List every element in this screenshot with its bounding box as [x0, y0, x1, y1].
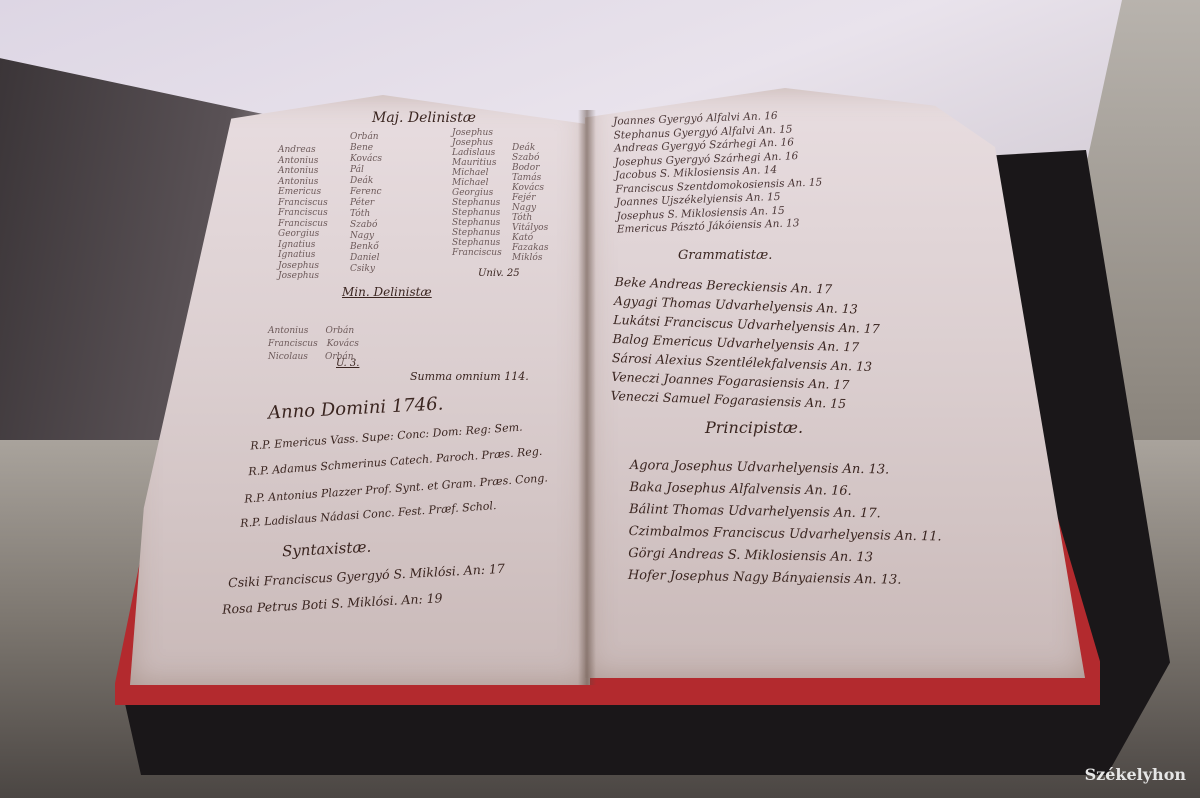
name: Fejér	[512, 193, 549, 203]
name: Andreas	[278, 145, 328, 156]
name: Tamás	[512, 173, 549, 183]
grammatistae-list: Beke Andreas Bereckiensis An. 17 Agyagi …	[610, 272, 881, 414]
name: Ignatius	[278, 250, 328, 261]
name: Csiky	[350, 264, 382, 275]
name: Antonius	[278, 166, 328, 177]
name: Josephus	[278, 261, 328, 272]
name: Nagy	[512, 203, 549, 213]
name: Antonius	[278, 156, 328, 167]
name: Josephus	[452, 138, 502, 148]
name: Tóth	[350, 209, 382, 220]
name: Josephus	[452, 128, 502, 138]
name: Szabó	[512, 153, 549, 163]
name: Ladislaus	[452, 148, 502, 158]
name: Bene	[350, 143, 382, 154]
name: Antonius	[278, 177, 328, 188]
min-delinistae-heading: Min. Delinistæ	[342, 285, 432, 299]
name: Szabó	[350, 220, 382, 231]
watermark-logo: Székelyhon	[1085, 765, 1186, 784]
name: Michael	[452, 168, 502, 178]
name: Kovács	[512, 183, 549, 193]
name: Orbán	[350, 132, 382, 143]
name: Kató	[512, 233, 549, 243]
maj-names-col2: Orbán Bene Kovács Pál Deák Ferenc Péter …	[350, 132, 382, 275]
name: Franciscus	[278, 208, 328, 219]
name: Stephanus	[452, 218, 502, 228]
name: Ignatius	[278, 240, 328, 251]
name: Ferenc	[350, 187, 382, 198]
name: Franciscus	[452, 248, 502, 258]
book-gutter	[578, 110, 596, 685]
name: Vitályos	[512, 223, 549, 233]
name: Kovács	[350, 154, 382, 165]
maj-delinistae-heading: Maj. Delinistæ	[372, 110, 476, 126]
min-total: U. 3.	[336, 358, 359, 369]
summa-omnium: Summa omnium 114.	[410, 370, 529, 383]
name: Mauritius	[452, 158, 502, 168]
principistae-heading: Principistæ.	[705, 418, 803, 437]
name: Stephanus	[452, 208, 502, 218]
maj-names-col3: Josephus Josephus Ladislaus Mauritius Mi…	[452, 128, 502, 258]
name: Miklós	[512, 253, 549, 263]
name: Georgius	[278, 229, 328, 240]
name: Pál	[350, 165, 382, 176]
principistae-list: Agora Josephus Udvarhelyensis An. 13. Ba…	[628, 455, 943, 592]
maj-names-col4: Deák Szabó Bodor Tamás Kovács Fejér Nagy…	[512, 143, 549, 263]
name: Péter	[350, 198, 382, 209]
name: Franciscus	[278, 219, 328, 230]
maj-names-col1: Andreas Antonius Antonius Antonius Emeri…	[278, 145, 328, 282]
name: Franciscus	[278, 198, 328, 209]
top-entries: Joannes Gyergyó Alfalvi An. 16 Stephanus…	[613, 108, 824, 237]
name: Stephanus	[452, 198, 502, 208]
name: Josephus	[278, 271, 328, 282]
name: Daniel	[350, 253, 382, 264]
name: Georgius	[452, 188, 502, 198]
name: Nagy	[350, 231, 382, 242]
name: Bodor	[512, 163, 549, 173]
given-name: Nicolaus	[268, 352, 308, 362]
name: Deák	[350, 176, 382, 187]
name: Emericus	[278, 187, 328, 198]
name: Benkő	[350, 242, 382, 253]
name: Tóth	[512, 213, 549, 223]
name: Fazakas	[512, 243, 549, 253]
name: Stephanus	[452, 238, 502, 248]
name: Deák	[512, 143, 549, 153]
name: Michael	[452, 178, 502, 188]
maj-total: Univ. 25	[478, 268, 520, 279]
grammatistae-heading: Grammatistæ.	[678, 248, 772, 263]
name: Stephanus	[452, 228, 502, 238]
